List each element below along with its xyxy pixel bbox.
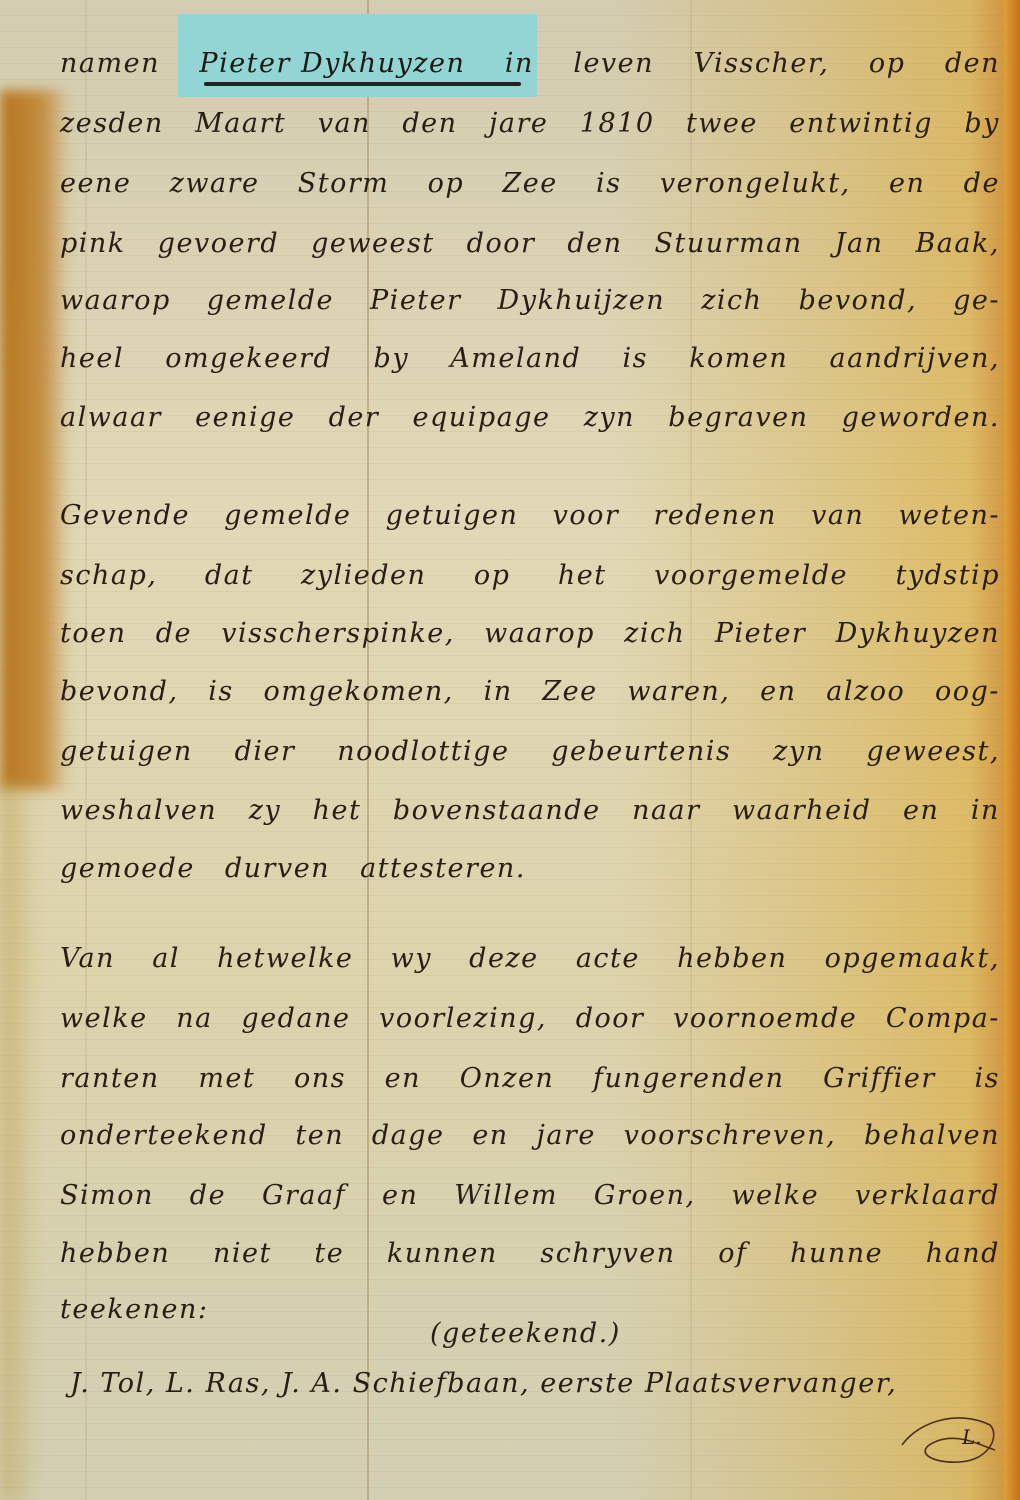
word: voorgemelde bbox=[654, 560, 848, 591]
word: en bbox=[385, 1063, 421, 1094]
signed-label: (geteekend.) bbox=[430, 1318, 1000, 1349]
word: Pieter bbox=[370, 285, 462, 316]
word: op bbox=[869, 48, 906, 79]
word: jare bbox=[536, 1120, 595, 1151]
word: den bbox=[945, 48, 1000, 79]
word: Jan bbox=[835, 228, 884, 259]
word: in bbox=[484, 676, 513, 707]
word: Zee bbox=[542, 676, 597, 707]
word: Groen, bbox=[594, 1180, 696, 1211]
word: zyn bbox=[773, 736, 824, 767]
word: 1810 bbox=[580, 108, 655, 139]
word: welke bbox=[60, 1003, 148, 1034]
word: by bbox=[374, 343, 410, 374]
word: Baak, bbox=[915, 228, 999, 259]
word: ranten bbox=[60, 1063, 160, 1094]
word: entwintig bbox=[789, 108, 933, 139]
text-line: bevond,isomgekomen,inZeewaren,enalzoooog… bbox=[60, 676, 1000, 707]
word: al bbox=[152, 943, 180, 974]
word: getuigen bbox=[60, 736, 193, 767]
word: de bbox=[190, 1180, 226, 1211]
text-line: eenezwareStormopZeeisverongelukt,ende bbox=[60, 168, 1000, 199]
word: door bbox=[576, 1003, 645, 1034]
word: zesden bbox=[60, 108, 164, 139]
text-line: welkenagedanevoorlezing,doorvoornoemdeCo… bbox=[60, 1003, 1000, 1034]
word: Gevende bbox=[60, 500, 190, 531]
word: visscherspinke, bbox=[221, 618, 455, 649]
word: komen bbox=[689, 343, 788, 374]
word: dier bbox=[235, 736, 296, 767]
word: toen bbox=[60, 618, 126, 649]
word: de bbox=[156, 618, 192, 649]
word: Dykhuijzen bbox=[498, 285, 666, 316]
text-line: getuigendiernoodlottigegebeurteniszyngew… bbox=[60, 736, 1000, 767]
word: eenige bbox=[195, 402, 295, 433]
word: bevond, bbox=[60, 676, 179, 707]
text-line: onderteekendtendageenjarevoorschreven,be… bbox=[60, 1120, 1000, 1151]
word: voornoemde bbox=[673, 1003, 857, 1034]
word: omgekeerd bbox=[165, 343, 332, 374]
word: en bbox=[903, 795, 939, 826]
word: durven bbox=[225, 853, 330, 884]
word: eene bbox=[60, 168, 131, 199]
word: Ameland bbox=[450, 343, 581, 374]
word: leven bbox=[573, 48, 654, 79]
word: wy bbox=[391, 943, 432, 974]
word: kunnen bbox=[387, 1238, 498, 1269]
word: zich bbox=[624, 618, 685, 649]
word: te bbox=[314, 1238, 344, 1269]
word: weshalven bbox=[60, 795, 217, 826]
text-line: namenPieter DykhuyzeninlevenVisscher,opd… bbox=[60, 48, 1000, 79]
word: opgemaakt, bbox=[825, 943, 1000, 974]
word: voor bbox=[553, 500, 620, 531]
word: fungerenden bbox=[593, 1063, 784, 1094]
word: oog- bbox=[935, 676, 1000, 707]
word: Pieter bbox=[715, 618, 807, 649]
word: teekenen: bbox=[60, 1294, 209, 1325]
word: Compa- bbox=[886, 1003, 1000, 1034]
word: is bbox=[208, 676, 234, 707]
word: Griffier bbox=[823, 1063, 936, 1094]
word: op bbox=[474, 560, 511, 591]
word: gevoerd bbox=[158, 228, 279, 259]
word: equipage bbox=[413, 402, 551, 433]
word: waarop bbox=[60, 285, 171, 316]
text-line: zesdenMaartvandenjare1810tweeentwintigby bbox=[60, 108, 1000, 139]
text-line: Gevendegemeldegetuigenvoorredenenvanwete… bbox=[60, 500, 1000, 531]
word: is bbox=[596, 168, 622, 199]
word: verongelukt, bbox=[660, 168, 851, 199]
word: gebeurtenis bbox=[551, 736, 731, 767]
word: op bbox=[428, 168, 465, 199]
word: jare bbox=[489, 108, 548, 139]
word: en bbox=[760, 676, 796, 707]
word: tydstip bbox=[895, 560, 1000, 591]
text-line: toendevisscherspinke,waaropzichPieterDyk… bbox=[60, 618, 1000, 649]
word: zylieden bbox=[301, 560, 426, 591]
word: weten- bbox=[899, 500, 1000, 531]
word: pink bbox=[60, 228, 126, 259]
word: welke bbox=[732, 1180, 820, 1211]
word: redenen bbox=[653, 500, 776, 531]
signatures-line: J. Tol, L. Ras, J. A. Schiefbaan, eerste… bbox=[70, 1368, 1000, 1399]
text-line: weshalvenzyhetbovenstaandenaarwaarheiden… bbox=[60, 795, 1000, 826]
word: verklaard bbox=[855, 1180, 1000, 1211]
word: hebben bbox=[677, 943, 787, 974]
word: waarop bbox=[484, 618, 595, 649]
word: in bbox=[971, 795, 1000, 826]
word: onderteekend bbox=[60, 1120, 268, 1151]
word: hetwelke bbox=[217, 943, 353, 974]
word: schap, bbox=[60, 560, 157, 591]
word: bovenstaande bbox=[393, 795, 601, 826]
word: by bbox=[964, 108, 1000, 139]
word: schryven bbox=[540, 1238, 675, 1269]
right-page-edge bbox=[1004, 0, 1020, 1500]
word: der bbox=[329, 402, 380, 433]
word: door bbox=[467, 228, 536, 259]
word: geweest bbox=[311, 228, 435, 259]
text-line: waaropgemeldePieterDykhuijzenzichbevond,… bbox=[60, 285, 1000, 316]
word: Graaf bbox=[262, 1180, 346, 1211]
word: hebben bbox=[60, 1238, 170, 1269]
word: de bbox=[964, 168, 1000, 199]
word: alzoo bbox=[826, 676, 905, 707]
word: Onzen bbox=[460, 1063, 555, 1094]
word: Visscher, bbox=[694, 48, 830, 79]
word: het bbox=[313, 795, 362, 826]
word: van bbox=[811, 500, 864, 531]
word: gedane bbox=[241, 1003, 350, 1034]
paraph-letter: L. bbox=[961, 1425, 982, 1449]
word: bevond, bbox=[799, 285, 918, 316]
word: niet bbox=[213, 1238, 272, 1269]
word: is bbox=[622, 343, 648, 374]
word: met bbox=[198, 1063, 255, 1094]
left-edge-stain-lower bbox=[0, 780, 40, 1500]
word: in bbox=[505, 48, 534, 79]
word: van bbox=[318, 108, 371, 139]
word: aandrijven, bbox=[829, 343, 999, 374]
word: voorlezing, bbox=[379, 1003, 547, 1034]
geteekend-label: (geteekend.) bbox=[430, 1318, 621, 1349]
word: Storm bbox=[298, 168, 390, 199]
word: getuigen bbox=[386, 500, 519, 531]
word: en bbox=[889, 168, 925, 199]
word: den bbox=[402, 108, 457, 139]
word: is bbox=[974, 1063, 1000, 1094]
word: waren, bbox=[627, 676, 730, 707]
word: geworden. bbox=[842, 402, 1000, 433]
word: namen bbox=[60, 48, 160, 79]
word: zich bbox=[701, 285, 762, 316]
word: ons bbox=[294, 1063, 346, 1094]
highlighted-name: Pieter Dykhuyzen bbox=[199, 48, 465, 79]
word: alwaar bbox=[60, 402, 162, 433]
word: Dykhuyzen bbox=[836, 618, 1000, 649]
word: Stuurman bbox=[655, 228, 803, 259]
text-line: rantenmetonsenOnzenfungerendenGriffieris bbox=[60, 1063, 1000, 1094]
word: den bbox=[567, 228, 622, 259]
word: en bbox=[472, 1120, 508, 1151]
word: Simon bbox=[60, 1180, 154, 1211]
word: hand bbox=[926, 1238, 1000, 1269]
word: deze bbox=[469, 943, 538, 974]
word: zy bbox=[249, 795, 281, 826]
word: na bbox=[176, 1003, 213, 1034]
text-line: schap,datzyliedenophetvoorgemeldetydstip bbox=[60, 560, 1000, 591]
text-line: alwaareenigederequipagezynbegravengeword… bbox=[60, 402, 1000, 433]
word: en bbox=[382, 1180, 418, 1211]
word: noodlottige bbox=[337, 736, 509, 767]
word: dat bbox=[205, 560, 254, 591]
word: ge- bbox=[953, 285, 1000, 316]
word: het bbox=[558, 560, 607, 591]
text-line: gemoededurvenattesteren. bbox=[60, 853, 1000, 884]
word: naar bbox=[632, 795, 701, 826]
paraph-flourish-icon: L. bbox=[900, 1400, 1000, 1470]
word: ten bbox=[295, 1120, 344, 1151]
word: zware bbox=[170, 168, 260, 199]
name-underline bbox=[204, 82, 521, 86]
word: omgekomen, bbox=[264, 676, 454, 707]
word: hunne bbox=[790, 1238, 883, 1269]
word: Van bbox=[60, 943, 115, 974]
word: heel bbox=[60, 343, 124, 374]
word: begraven bbox=[668, 402, 808, 433]
word: gemelde bbox=[207, 285, 334, 316]
word: geweest, bbox=[866, 736, 1000, 767]
word: waarheid bbox=[732, 795, 872, 826]
text-line: pinkgevoerdgeweestdoordenStuurmanJanBaak… bbox=[60, 228, 1000, 259]
word: gemelde bbox=[224, 500, 351, 531]
text-line: hebbenniettekunnenschryvenofhunnehand bbox=[60, 1238, 1000, 1269]
word: Zee bbox=[503, 168, 558, 199]
word: dage bbox=[372, 1120, 445, 1151]
signature-names: J. Tol, L. Ras, J. A. Schiefbaan, eerste… bbox=[70, 1368, 897, 1399]
word: acte bbox=[576, 943, 640, 974]
text-line: SimondeGraafenWillemGroen,welkeverklaard bbox=[60, 1180, 1000, 1211]
word: zyn bbox=[584, 402, 635, 433]
text-line: Vanalhetwelkewydezeactehebbenopgemaakt, bbox=[60, 943, 1000, 974]
word: twee bbox=[686, 108, 758, 139]
word: behalven bbox=[864, 1120, 1000, 1151]
word: voorschreven, bbox=[624, 1120, 837, 1151]
word: Maart bbox=[195, 108, 286, 139]
text-line: heelomgekeerdbyAmelandiskomenaandrijven, bbox=[60, 343, 1000, 374]
word: Willem bbox=[454, 1180, 558, 1211]
word: of bbox=[718, 1238, 747, 1269]
word: attesteren. bbox=[360, 853, 526, 884]
word: gemoede bbox=[60, 853, 195, 884]
